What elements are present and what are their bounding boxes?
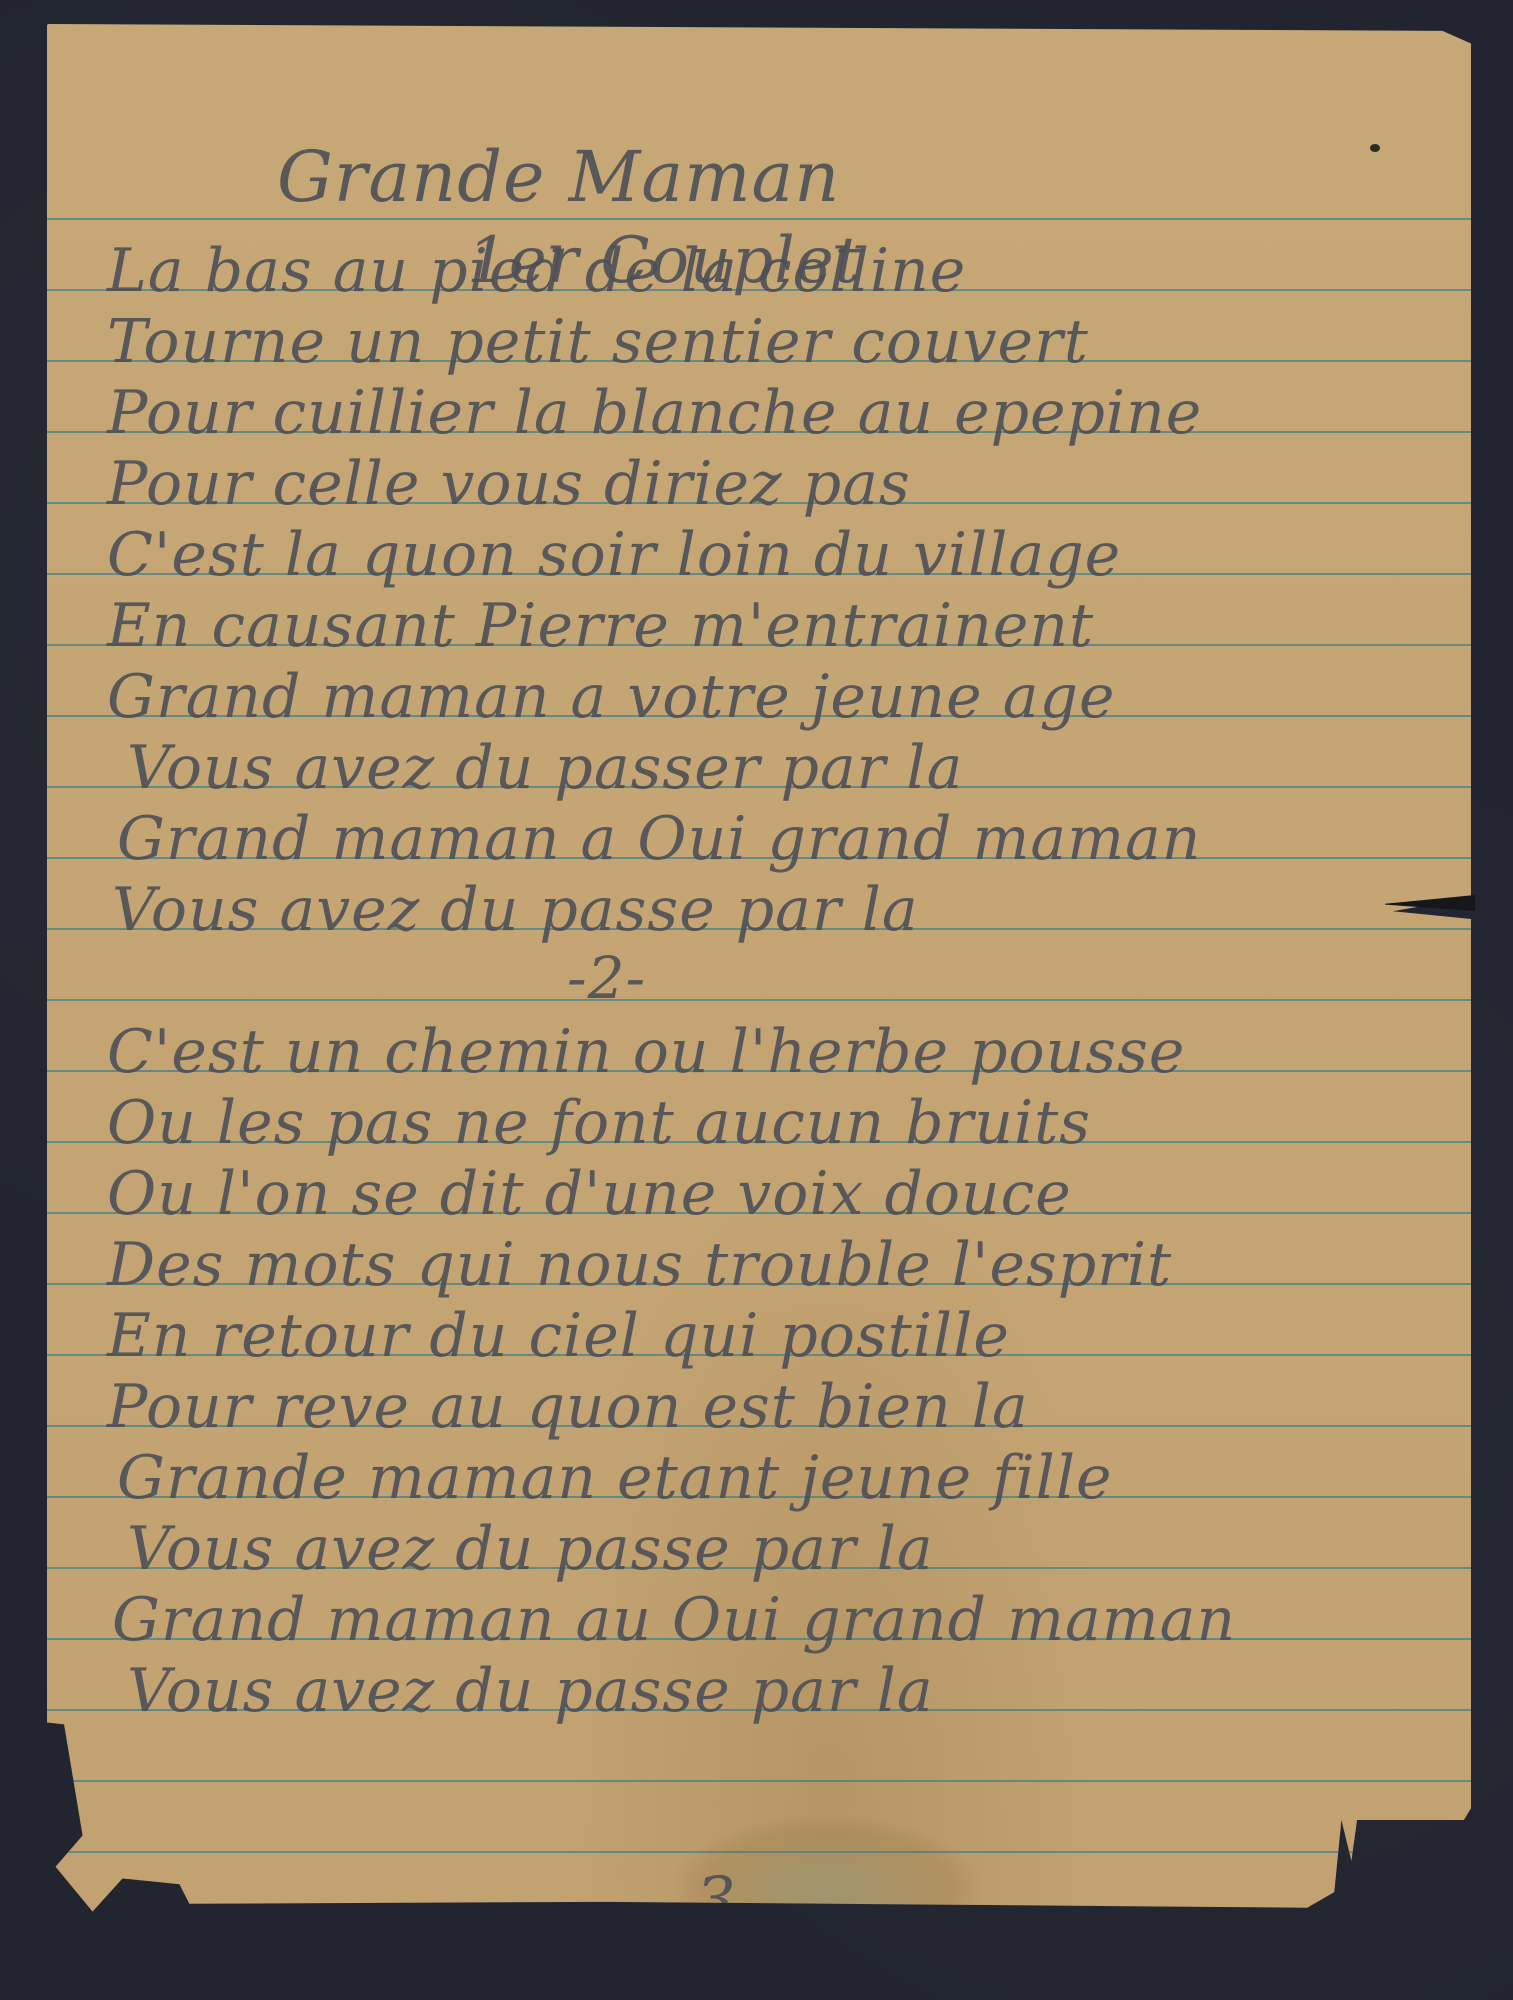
lyric-line: Vous avez du passer par la — [127, 733, 963, 803]
lyric-line: Vous avez du passe par la — [112, 875, 919, 945]
ink-spot — [1370, 144, 1380, 152]
lyric-line: Grand maman au Oui grand maman — [112, 1585, 1236, 1655]
ruled-paper-sheet: Grande Maman 1er Couplet La bas au pied … — [47, 24, 1471, 1974]
lyric-line: Pour celle vous diriez pas — [107, 449, 911, 519]
lyric-line: Pour reve au quon est bien la — [107, 1372, 1029, 1442]
lyric-line: Grande maman etant jeune fille — [117, 1443, 1113, 1513]
lyric-line: Vous avez du passe par la — [127, 1656, 934, 1726]
ruled-line — [47, 218, 1471, 220]
lyric-line: Vous avez du passe par la — [127, 1514, 934, 1584]
lyric-line: Ou les pas ne font aucun bruits — [107, 1088, 1091, 1158]
ruled-line — [47, 999, 1471, 1001]
lyric-line: Grand maman a Oui grand maman — [117, 804, 1201, 874]
lyric-line: En retour du ciel qui postille — [107, 1301, 1010, 1371]
lyric-line: En causant Pierre m'entrainent — [107, 591, 1094, 661]
verse-2-heading: -2- — [567, 944, 646, 1012]
lyric-line: C'est la quon soir loin du village — [107, 520, 1121, 590]
lyric-line: Tourne un petit sentier couvert — [107, 307, 1089, 377]
song-title: Grande Maman — [277, 136, 840, 218]
lyric-line: Des mots qui nous trouble l'esprit — [107, 1230, 1172, 1300]
lyric-line: Grand maman a votre jeune age — [107, 662, 1115, 732]
lyric-line: La bas au pied de la colline — [107, 236, 966, 306]
lyric-line: Pour cuillier la blanche au epepine — [107, 378, 1202, 448]
lyric-line: C'est un chemin ou l'herbe pousse — [107, 1017, 1185, 1087]
ruled-line — [47, 1780, 1471, 1782]
lyric-line: Ou l'on se dit d'une voix douce — [107, 1159, 1072, 1229]
